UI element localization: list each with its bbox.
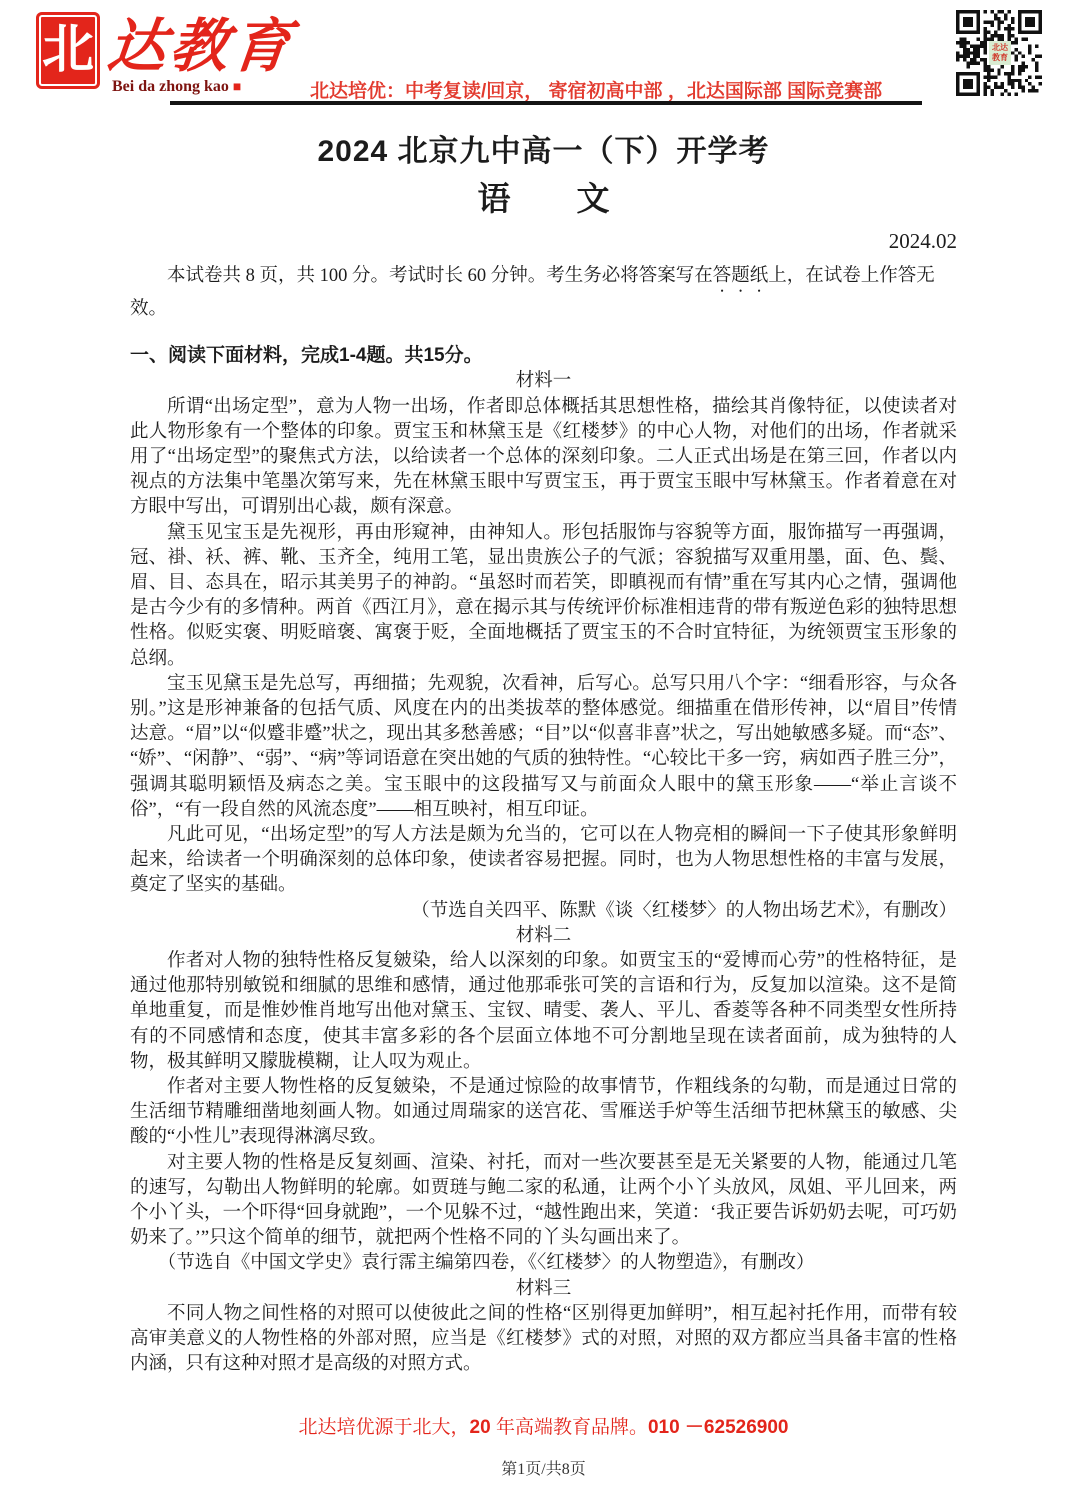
logo-subtitle-text: Bei da zhong kao: [112, 78, 229, 95]
qr-code: 北达教育: [956, 10, 1042, 96]
seal-character: 北: [42, 25, 94, 77]
document-body: 2024 北京九中高一（下）开学考 语 文 2024.02 本试卷共 8 页，共…: [130, 134, 957, 1377]
section-1-heading: 一、阅读下面材料，完成1-4题。共15分。: [130, 342, 957, 370]
logo-wordmark: 达教育 Bei da zhong kao ■: [108, 12, 294, 100]
material-1-paragraph-4: 凡此可见，“出场定型”的写人方法是颇为允当的，它可以在人物亮相的瞬间一下子使其形…: [130, 823, 957, 899]
exam-date: 2024.02: [130, 229, 957, 254]
material-3-paragraph-1: 不同人物之间性格的对照可以使彼此之间的性格“区别得更加鲜明”，相互起衬托作用，而…: [130, 1302, 957, 1378]
material-1-attribution: （节选自关四平、陈默《谈〈红楼梦〉的人物出场艺术》，有删改）: [130, 899, 957, 924]
header-tagline: 北达培优：中考复读/回京， 寄宿初高中部 ，北达国际部 国际竞赛部: [310, 76, 910, 103]
promo-phone-number: 010 －62526900: [648, 1417, 789, 1438]
brand-logo: 北 达教育 Bei da zhong kao ■: [36, 12, 294, 100]
exam-paper-page: 北 达教育 Bei da zhong kao ■ 北达培优：中考复读/回京， 寄…: [0, 0, 1087, 1512]
material-2-attribution: （节选自《中国文学史》袁行霈主编第四卷，《〈红楼梦〉的人物塑造》，有删改）: [130, 1251, 957, 1276]
material-2-paragraph-2: 作者对主要人物性格的反复皴染，不是通过惊险的故事情节，作粗线条的勾勒，而是通过日…: [130, 1075, 957, 1151]
material-2-paragraph-3: 对主要人物的性格是反复刻画、渲染、衬托，而对一些次要甚至是无关紧要的人物，能通过…: [130, 1151, 957, 1252]
promo-text-mid: 年高端教育品牌。: [491, 1417, 648, 1438]
exam-instructions: 本试卷共 8 页，共 100 分。考试时长 60 分钟。考生务必将答案写在答题纸…: [130, 263, 957, 323]
material-1-paragraph-3: 宝玉见黛玉是先总写，再细描；先观貌，次看神，后写心。总写只用八个字：“细看形容，…: [130, 672, 957, 823]
header-divider: [170, 101, 922, 105]
logo-script-text: 达教育: [104, 12, 297, 82]
material-2-heading: 材料二: [130, 924, 957, 949]
footer-promo: 北达培优源于北大，20 年高端教育品牌。010 －62526900: [0, 1412, 1087, 1439]
subject-title: 语 文: [130, 178, 957, 219]
material-3-heading: 材料三: [130, 1277, 957, 1302]
page-indicator: 第1页/共8页: [0, 1456, 1087, 1479]
instructions-emphasized: 答题纸: [713, 266, 769, 286]
material-2-paragraph-1: 作者对人物的独特性格反复皴染，给人以深刻的印象。如贾宝玉的“爱博而心劳”的性格特…: [130, 949, 957, 1075]
page-title: 2024 北京九中高一（下）开学考: [130, 134, 957, 170]
promo-text-pre: 北达培优源于北大，: [299, 1417, 470, 1438]
promo-bold-years: 20: [470, 1417, 491, 1438]
qr-center-label: 北达教育: [989, 41, 1011, 65]
instructions-pre: 本试卷共 8 页，共 100 分。考试时长 60 分钟。考生务必将答案写在: [167, 266, 713, 286]
material-1-paragraph-1: 所谓“出场定型”，意为人物一出场，作者即总体概括其思想性格，描绘其肖像特征，以使…: [130, 395, 957, 521]
seal-logo-icon: 北: [36, 12, 100, 89]
material-1-paragraph-2: 黛玉见宝玉是先视形，再由形窥神，由神知人。形包括服饰与容貌等方面，服饰描写一再强…: [130, 521, 957, 672]
logo-subtitle: Bei da zhong kao ■: [112, 78, 241, 96]
material-1-heading: 材料一: [130, 369, 957, 394]
logo-square-mark-icon: ■: [233, 80, 241, 95]
